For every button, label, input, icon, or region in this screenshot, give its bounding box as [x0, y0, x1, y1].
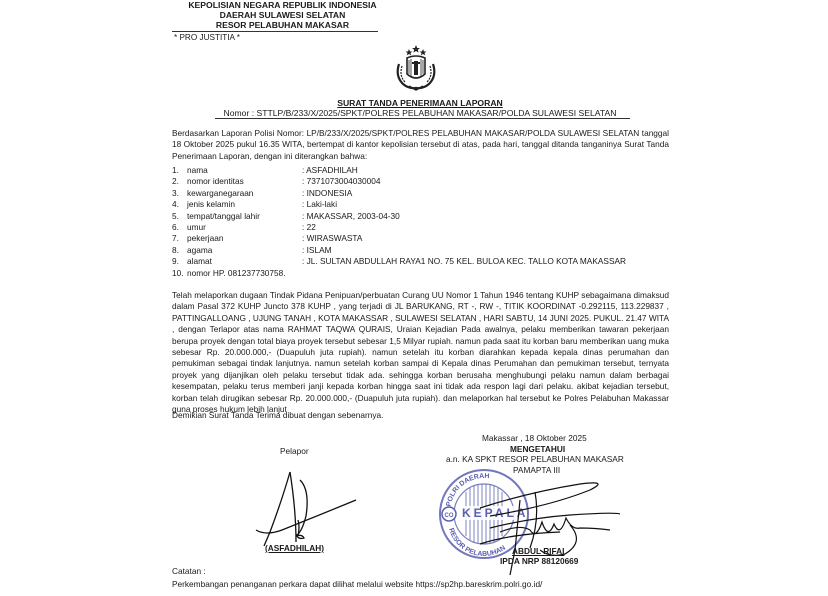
- field-label: jenis kelamin: [187, 199, 302, 210]
- identity-field-row: 5.tempat/tanggal lahir: MAKASSAR, 2003-0…: [172, 211, 626, 222]
- field-number: 1.: [172, 165, 187, 176]
- identity-field-row: 10.nomor HP. 081237730758.: [172, 268, 626, 279]
- document-page: KEPOLISIAN NEGARA REPUBLIK INDONESIA DAE…: [0, 0, 828, 596]
- field-number: 10.: [172, 268, 187, 279]
- field-label: agama: [187, 245, 302, 256]
- field-label: kewarganegaraan: [187, 188, 302, 199]
- intro-paragraph: Berdasarkan Laporan Polisi Nomor: LP/B/2…: [172, 128, 669, 162]
- field-label: alamat: [187, 256, 302, 267]
- identity-field-row: 4.jenis kelamin: Laki-laki: [172, 199, 626, 210]
- identity-field-row: 1.nama: ASFADHILAH: [172, 165, 626, 176]
- field-value: : 22: [302, 222, 316, 233]
- pro-justitia-label: * PRO JUSTITIA *: [174, 33, 240, 42]
- header-line-1: KEPOLISIAN NEGARA REPUBLIK INDONESIA: [160, 0, 405, 10]
- field-value: : ASFADHILAH: [302, 165, 358, 176]
- reporter-identity-list: 1.nama: ASFADHILAH2.nomor identitas: 737…: [172, 165, 626, 279]
- header-divider: [172, 31, 378, 32]
- field-label: tempat/tanggal lahir: [187, 211, 302, 222]
- header-line-3: RESOR PELABUHAN MAKASAR: [160, 20, 405, 30]
- field-value: : MAKASSAR, 2003-04-30: [302, 211, 400, 222]
- field-label: nomor HP. 081237730758.: [187, 268, 286, 279]
- identity-field-row: 3.kewarganegaraan: INDONESIA: [172, 188, 626, 199]
- closing-statement: Demikian Surat Tanda Terima dibuat denga…: [172, 410, 383, 420]
- note-label: Catatan :: [172, 566, 206, 576]
- field-value: : JL. SULTAN ABDULLAH RAYA1 NO. 75 KEL. …: [302, 256, 626, 267]
- field-number: 8.: [172, 245, 187, 256]
- acknowledgement-heading: MENGETAHUI: [510, 444, 565, 454]
- identity-field-row: 7.pekerjaan: WIRASWASTA: [172, 233, 626, 244]
- field-label: pekerjaan: [187, 233, 302, 244]
- field-number: 5.: [172, 211, 187, 222]
- place-date: Makassar , 18 Oktober 2025: [482, 433, 587, 443]
- field-value: : 7371073004030004: [302, 176, 380, 187]
- identity-field-row: 9.alamat: JL. SULTAN ABDULLAH RAYA1 NO. …: [172, 256, 626, 267]
- document-title: SURAT TANDA PENERIMAAN LAPORAN: [160, 98, 680, 108]
- identity-field-row: 2.nomor identitas: 7371073004030004: [172, 176, 626, 187]
- field-value: : INDONESIA: [302, 188, 352, 199]
- report-body-paragraph: Telah melaporkan dugaan Tindak Pidana Pe…: [172, 290, 669, 415]
- svg-text:CO: CO: [445, 513, 454, 519]
- field-number: 2.: [172, 176, 187, 187]
- identity-field-row: 8.agama: ISLAM: [172, 245, 626, 256]
- note-text: Perkembangan penanganan perkara dapat di…: [172, 579, 542, 589]
- field-label: nama: [187, 165, 302, 176]
- polri-emblem-icon: [389, 44, 443, 92]
- signatory-name: ABDUL RIFAI: [512, 546, 564, 556]
- field-value: : Laki-laki: [302, 199, 337, 210]
- field-label: umur: [187, 222, 302, 233]
- field-value: : ISLAM: [302, 245, 332, 256]
- reporter-name: (ASFADHILAH): [265, 543, 324, 553]
- document-number: Nomor : STTLP/B/233/X/2025/SPKT/POLRES P…: [160, 108, 680, 118]
- field-label: nomor identitas: [187, 176, 302, 187]
- identity-field-row: 6.umur: 22: [172, 222, 626, 233]
- field-number: 4.: [172, 199, 187, 210]
- field-number: 3.: [172, 188, 187, 199]
- number-divider: [215, 118, 630, 119]
- header-line-2: DAERAH SULAWESI SELATAN: [160, 10, 405, 20]
- field-number: 6.: [172, 222, 187, 233]
- reporter-signature-icon: [252, 470, 362, 550]
- field-number: 9.: [172, 256, 187, 267]
- field-number: 7.: [172, 233, 187, 244]
- field-value: : WIRASWASTA: [302, 233, 362, 244]
- signatory-nrp: IPDA NRP 88120669: [500, 556, 578, 566]
- reporter-role-label: Pelapor: [280, 446, 309, 456]
